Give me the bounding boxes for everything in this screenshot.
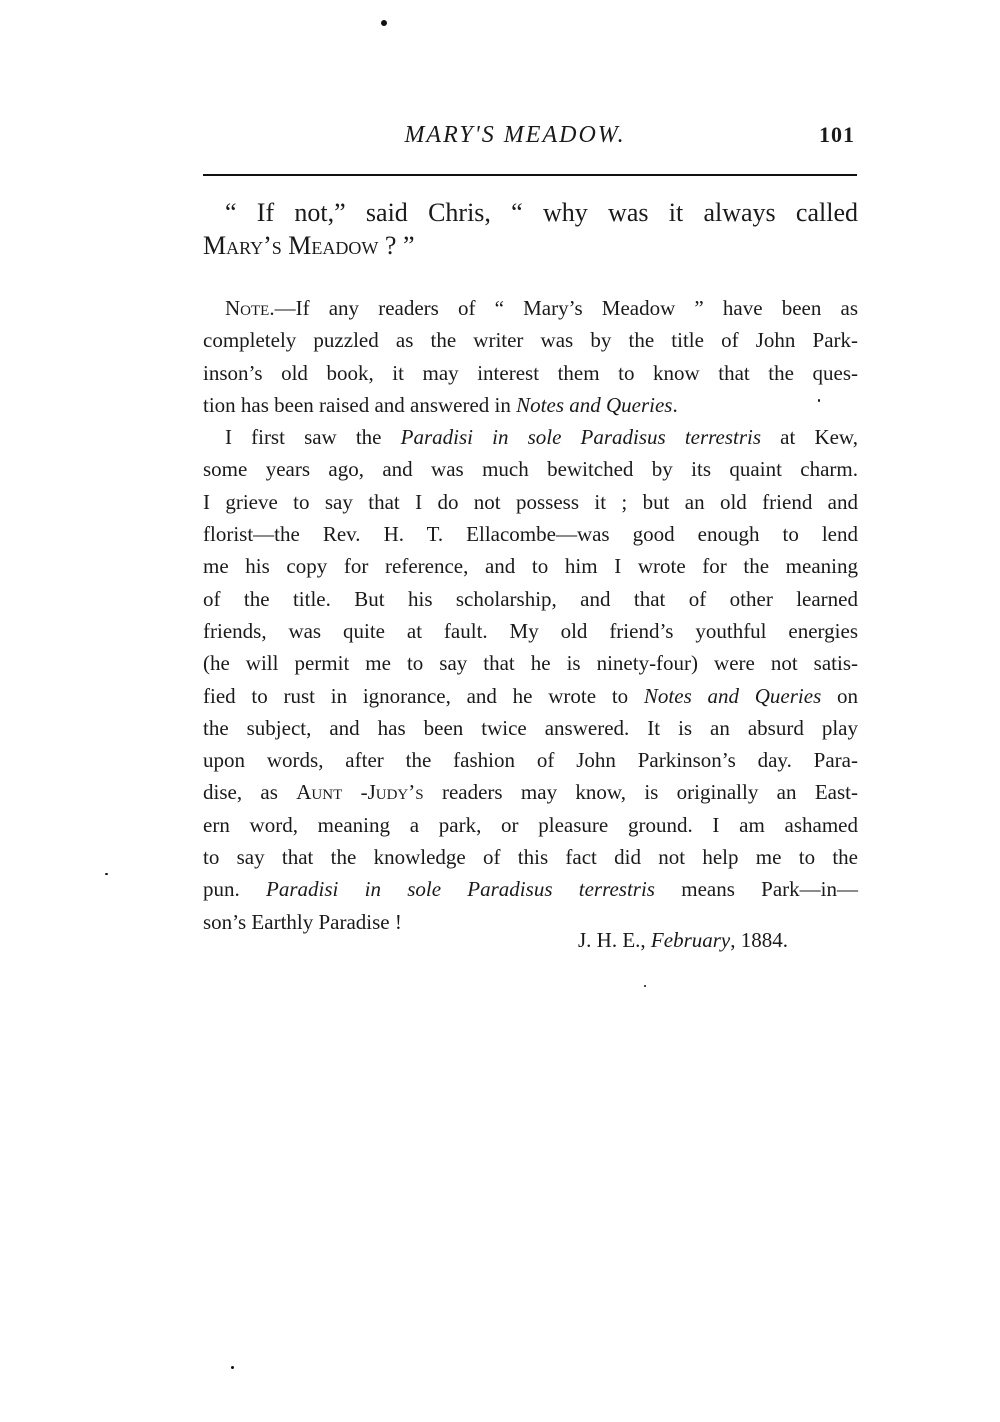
text-line: inson’s old book, it may interest them t… — [203, 357, 858, 389]
note-label: Note. — [225, 296, 275, 320]
text-line: Note.—If any readers of “ Mary’s Meadow … — [203, 292, 858, 324]
text-line: I first saw the Paradisi in sole Paradis… — [203, 421, 858, 453]
signature-initials: J. H. E., — [578, 928, 651, 952]
text-line: some years ago, and was much bewitched b… — [203, 453, 858, 485]
text-line: florist—the Rev. H. T. Ellacombe—was goo… — [203, 518, 858, 550]
italic-title: Notes and Queries — [644, 684, 821, 708]
print-speck — [105, 873, 108, 875]
text-line: fied to rust in ignorance, and he wrote … — [203, 680, 858, 712]
text-line: to say that the knowledge of this fact d… — [203, 841, 858, 873]
running-head: MARY'S MEADOW. 101 — [203, 118, 857, 158]
note-paragraph: Note.—If any readers of “ Mary’s Meadow … — [203, 292, 858, 938]
print-speck — [381, 20, 387, 26]
print-speck — [231, 1366, 234, 1369]
text-line: “ If not,” said Chris, “ why was it alwa… — [203, 196, 858, 229]
signature-month: February — [651, 928, 730, 952]
text-line: friends, was quite at fault. My old frie… — [203, 615, 858, 647]
print-speck — [644, 985, 646, 987]
text-line: upon words, after the fashion of John Pa… — [203, 744, 858, 776]
page-number: 101 — [819, 122, 855, 148]
text-line: me his copy for reference, and to him I … — [203, 550, 858, 582]
italic-title: Paradisi in sole Paradisus terrestris — [266, 877, 655, 901]
text-line: Mary’s Meadow ? ” — [203, 229, 858, 262]
text-line: the subject, and has been twice answered… — [203, 712, 858, 744]
signature: J. H. E., February, 1884. — [578, 928, 788, 953]
text-line: dise, as Aunt -Judy’s readers may know, … — [203, 776, 858, 808]
text-line: tion has been raised and answered in Not… — [203, 389, 858, 421]
text-line: I grieve to say that I do not possess it… — [203, 486, 858, 518]
small-caps-name: Aunt -Judy’s — [296, 780, 423, 804]
text-line: of the title. But his scholarship, and t… — [203, 583, 858, 615]
italic-title: Notes and Queries — [516, 393, 672, 417]
text-line: completely puzzled as the writer was by … — [203, 324, 858, 356]
running-title: MARY'S MEADOW. — [203, 122, 857, 149]
text-line: ern word, meaning a park, or pleasure gr… — [203, 809, 858, 841]
header-rule — [203, 174, 857, 176]
text-line: (he will permit me to say that he is nin… — [203, 647, 858, 679]
italic-title: Paradisi in sole Paradisus terrestris — [401, 425, 761, 449]
book-page: MARY'S MEADOW. 101 “ If not,” said Chris… — [0, 0, 1000, 1422]
signature-year: , 1884. — [730, 928, 788, 952]
dialogue-paragraph: “ If not,” said Chris, “ why was it alwa… — [203, 196, 858, 262]
text-line: pun. Paradisi in sole Paradisus terrestr… — [203, 873, 858, 905]
